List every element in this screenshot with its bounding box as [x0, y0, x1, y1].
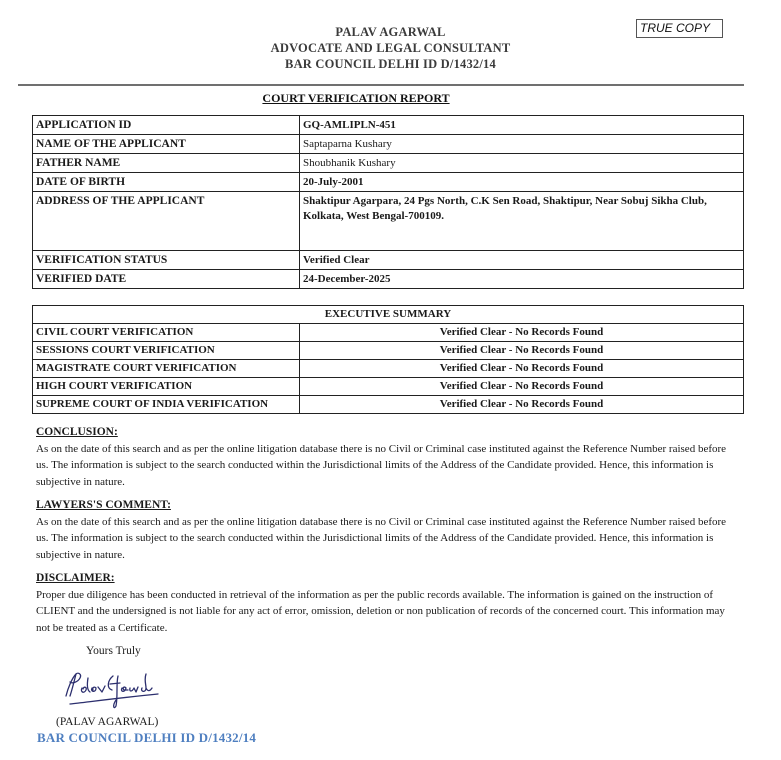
- court-result: Verified Clear - No Records Found: [300, 342, 744, 360]
- signer-bar-id: BAR COUNCIL DELHI ID D/1432/14: [37, 730, 256, 746]
- court-label: SUPREME COURT OF INDIA VERIFICATION: [33, 396, 300, 414]
- field-label: NAME OF THE APPLICANT: [33, 135, 300, 154]
- dob-value: 20-July-2001: [300, 173, 744, 192]
- court-label: MAGISTRATE COURT VERIFICATION: [33, 360, 300, 378]
- field-label: APPLICATION ID: [33, 116, 300, 135]
- lawyers-comment-title: LAWYERS'S COMMENT:: [36, 497, 736, 514]
- disclaimer-text: Proper due diligence has been conducted …: [36, 587, 736, 637]
- signer-name: (PALAV AGARWAL): [56, 716, 158, 728]
- table-row: SUPREME COURT OF INDIA VERIFICATION Veri…: [33, 396, 744, 414]
- field-label: VERIFICATION STATUS: [33, 251, 300, 270]
- header-divider: [18, 84, 744, 86]
- court-result: Verified Clear - No Records Found: [300, 378, 744, 396]
- field-label: DATE OF BIRTH: [33, 173, 300, 192]
- table-header-row: EXECUTIVE SUMMARY: [33, 306, 744, 324]
- application-id-value: GQ-AMLIPLN-451: [300, 116, 744, 135]
- table-row: NAME OF THE APPLICANT Saptaparna Kushary: [33, 135, 744, 154]
- table-row: VERIFIED DATE 24-December-2025: [33, 270, 744, 289]
- conclusion-title: CONCLUSION:: [36, 424, 736, 441]
- table-row: APPLICATION ID GQ-AMLIPLN-451: [33, 116, 744, 135]
- lawyers-comment-text: As on the date of this search and as per…: [36, 514, 736, 564]
- table-row: CIVIL COURT VERIFICATION Verified Clear …: [33, 324, 744, 342]
- disclaimer-section: DISCLAIMER: Proper due diligence has bee…: [36, 570, 736, 636]
- table-row: HIGH COURT VERIFICATION Verified Clear -…: [33, 378, 744, 396]
- report-title: COURT VERIFICATION REPORT: [0, 91, 712, 106]
- executive-summary-heading: EXECUTIVE SUMMARY: [33, 306, 744, 324]
- letterhead-title: ADVOCATE AND LEGAL CONSULTANT: [0, 40, 781, 56]
- address-value: Shaktipur Agarpara, 24 Pgs North, C.K Se…: [300, 192, 744, 251]
- conclusion-section: CONCLUSION: As on the date of this searc…: [36, 424, 736, 490]
- field-label: VERIFIED DATE: [33, 270, 300, 289]
- table-row: ADDRESS OF THE APPLICANT Shaktipur Agarp…: [33, 192, 744, 251]
- field-label: ADDRESS OF THE APPLICANT: [33, 192, 300, 251]
- table-row: VERIFICATION STATUS Verified Clear: [33, 251, 744, 270]
- court-result: Verified Clear - No Records Found: [300, 396, 744, 414]
- court-result: Verified Clear - No Records Found: [300, 324, 744, 342]
- verified-date-value: 24-December-2025: [300, 270, 744, 289]
- table-row: SESSIONS COURT VERIFICATION Verified Cle…: [33, 342, 744, 360]
- court-result: Verified Clear - No Records Found: [300, 360, 744, 378]
- applicant-info-table: APPLICATION ID GQ-AMLIPLN-451 NAME OF TH…: [32, 115, 744, 289]
- table-row: MAGISTRATE COURT VERIFICATION Verified C…: [33, 360, 744, 378]
- executive-summary-table: EXECUTIVE SUMMARY CIVIL COURT VERIFICATI…: [32, 305, 744, 414]
- court-label: SESSIONS COURT VERIFICATION: [33, 342, 300, 360]
- verification-status-value: Verified Clear: [300, 251, 744, 270]
- disclaimer-title: DISCLAIMER:: [36, 570, 736, 587]
- table-row: FATHER NAME Shoubhanik Kushary: [33, 154, 744, 173]
- field-label: FATHER NAME: [33, 154, 300, 173]
- conclusion-text: As on the date of this search and as per…: [36, 441, 736, 491]
- applicant-name-value: Saptaparna Kushary: [300, 135, 744, 154]
- lawyers-comment-section: LAWYERS'S COMMENT: As on the date of thi…: [36, 497, 736, 563]
- father-name-value: Shoubhanik Kushary: [300, 154, 744, 173]
- table-row: DATE OF BIRTH 20-July-2001: [33, 173, 744, 192]
- court-label: CIVIL COURT VERIFICATION: [33, 324, 300, 342]
- closing-salutation: Yours Truly: [86, 645, 141, 657]
- signature-icon: [58, 666, 168, 712]
- letterhead-bar-id: BAR COUNCIL DELHI ID D/1432/14: [0, 56, 781, 72]
- true-copy-stamp: TRUE COPY: [636, 19, 723, 38]
- court-label: HIGH COURT VERIFICATION: [33, 378, 300, 396]
